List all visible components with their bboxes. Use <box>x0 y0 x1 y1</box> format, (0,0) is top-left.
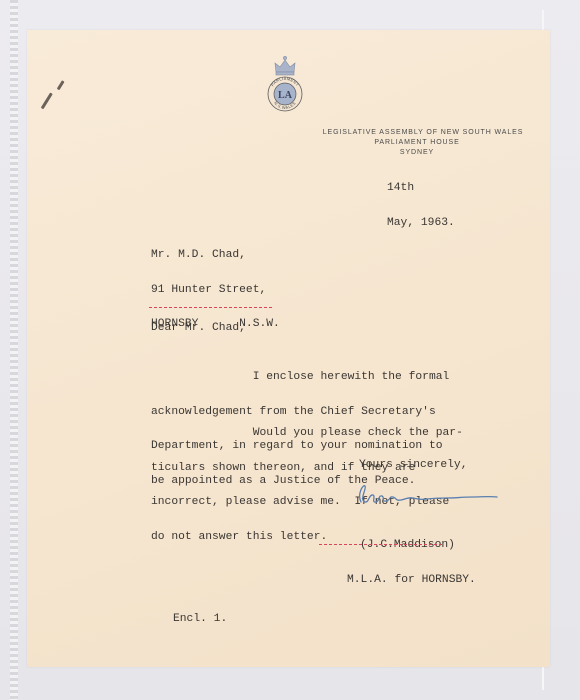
parliament-crest-icon: LA PARLIAMENT N.S.WALES <box>265 52 305 114</box>
letter-page: LA PARLIAMENT N.S.WALES LEGISLATIVE ASSE… <box>27 30 550 667</box>
svg-text:LA: LA <box>278 90 293 101</box>
letter-date: 14th May, 1963. <box>387 160 455 252</box>
binder-perforation-strip <box>10 0 18 700</box>
body-line: I enclose herewith the formal <box>151 372 449 384</box>
body-line: Would you please check the par- <box>151 428 463 440</box>
handwritten-signature <box>355 480 500 510</box>
signatory-title: M.L.A. for HORNSBY. <box>347 575 476 587</box>
staple-mark <box>57 80 65 90</box>
signatory-name: (J.C.Maddison) <box>347 540 476 552</box>
addressee-line: 91 Hunter Street, <box>151 285 280 297</box>
letterhead-line: PARLIAMENT HOUSE <box>307 138 527 148</box>
red-underline <box>319 544 442 545</box>
closing: Yours sincerely, <box>359 460 467 472</box>
letterhead-line: SYDNEY <box>307 148 527 158</box>
salutation: Dear Mr. Chad, <box>151 323 246 335</box>
date-day: 14th <box>387 183 455 195</box>
staple-mark <box>41 92 53 109</box>
addressee-line: Mr. M.D. Chad, <box>151 250 280 262</box>
letterhead-line: LEGISLATIVE ASSEMBLY OF NEW SOUTH WALES <box>319 128 527 138</box>
signatory-block: (J.C.Maddison) M.L.A. for HORNSBY. <box>347 517 476 609</box>
enclosure-note: Encl. 1. <box>173 614 227 626</box>
letterhead-address: LEGISLATIVE ASSEMBLY OF NEW SOUTH WALES … <box>307 128 527 158</box>
date-month-year: May, 1963. <box>387 218 455 230</box>
red-underline <box>149 307 272 308</box>
addressee-block: Mr. M.D. Chad, 91 Hunter Street, HORNSBY… <box>151 227 280 354</box>
